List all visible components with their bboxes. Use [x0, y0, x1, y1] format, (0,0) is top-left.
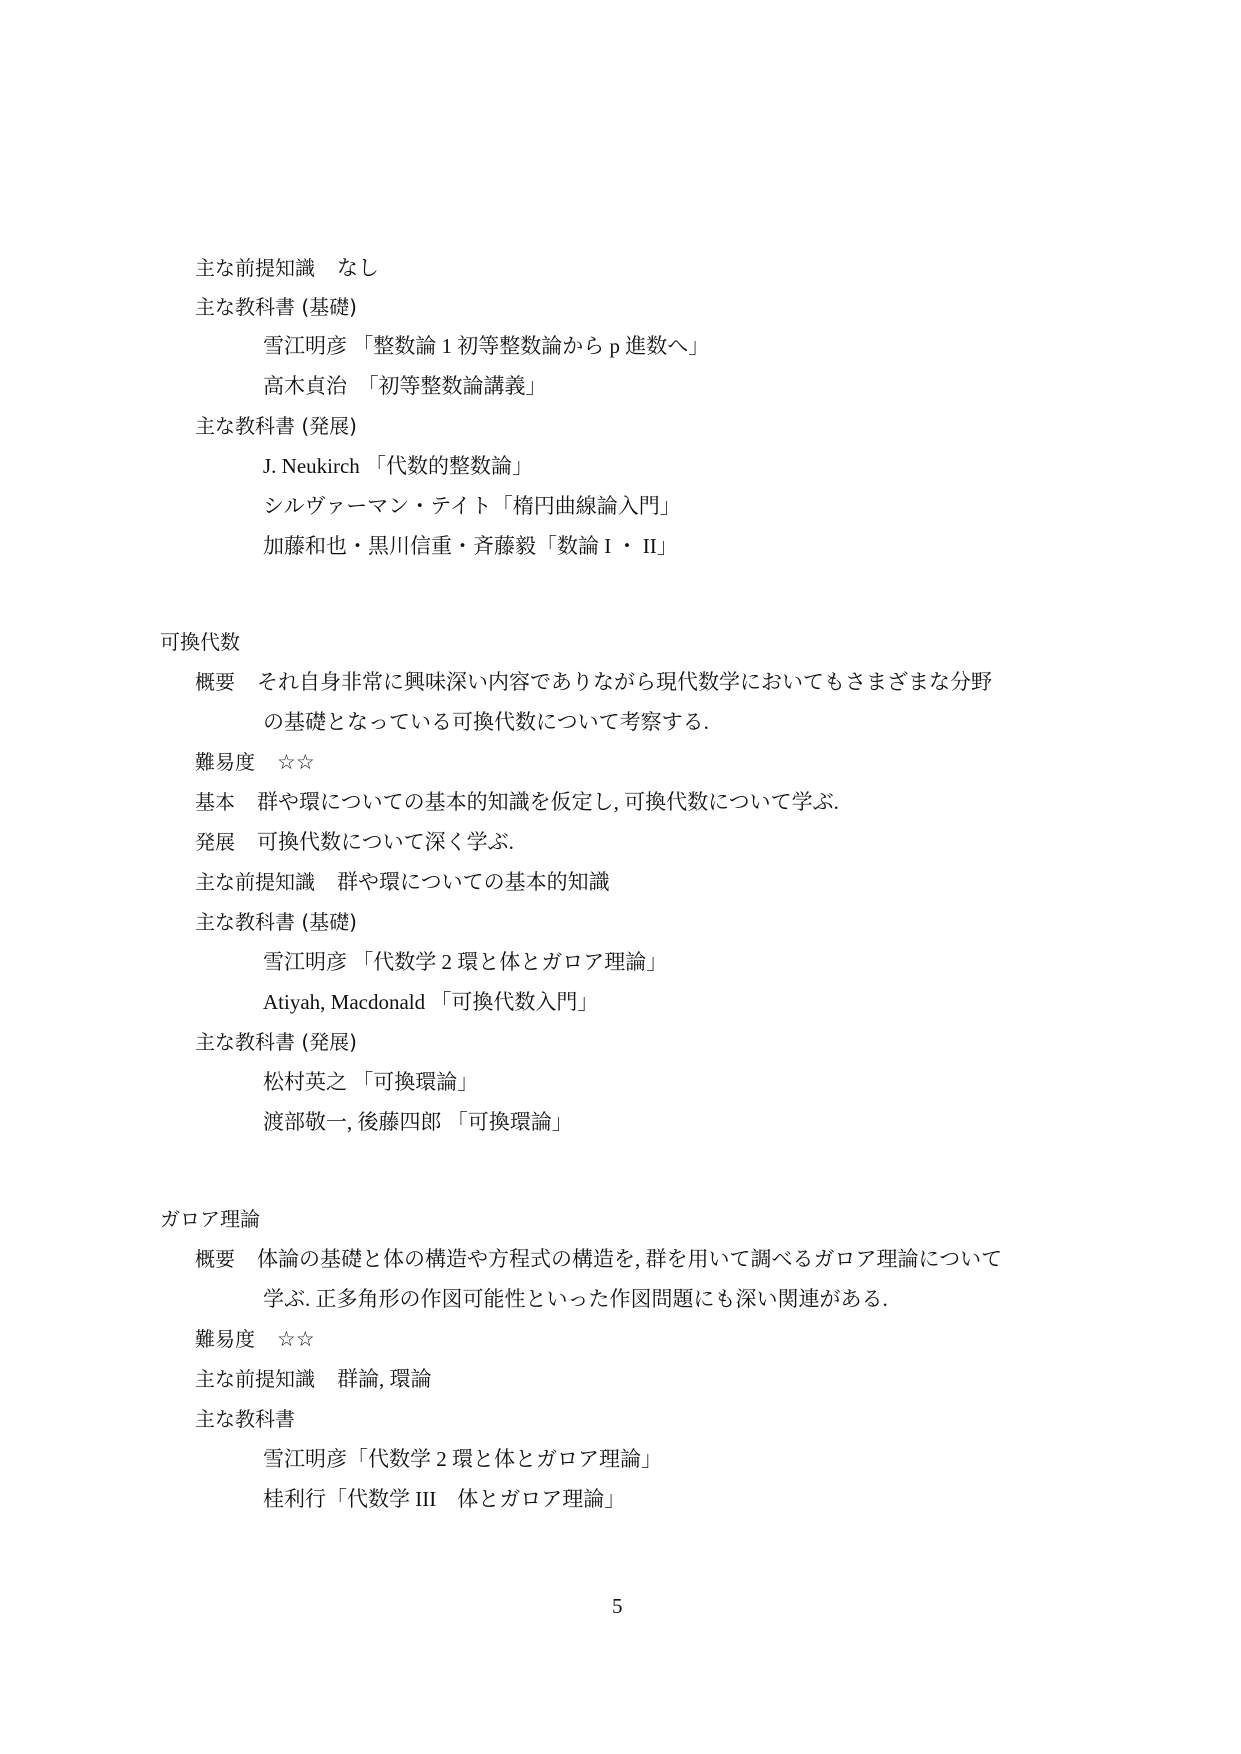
- overview-text-continued: の基礎となっている可換代数について考察する.: [263, 708, 709, 736]
- advanced-value: 可換代数について深く学ぶ.: [257, 830, 514, 854]
- textbooks-basic-label: 主な教科書 (基礎): [195, 908, 357, 936]
- overview-text: 体論の基礎と体の構造や方程式の構造を, 群を用いて調べるガロア理論について: [257, 1247, 1002, 1271]
- textbook-item: シルヴァーマン・テイト「楕円曲線論入門」: [263, 492, 681, 520]
- textbook-item: 高木貞治 「初等整数論講義」: [263, 372, 547, 400]
- star-icon: ☆☆: [277, 1327, 315, 1351]
- textbook-item: 雪江明彦「代数学 2 環と体とガロア理論」: [263, 1445, 662, 1473]
- prereq-value: 群や環についての基本的知識: [337, 870, 610, 894]
- overview-row: 概要体論の基礎と体の構造や方程式の構造を, 群を用いて調べるガロア理論について: [195, 1245, 1002, 1273]
- prereq-value: なし: [337, 256, 379, 280]
- textbook-item: J. Neukirch 「代数的整数論」: [263, 452, 533, 480]
- prereq-label: 主な前提知識: [195, 868, 315, 896]
- document-page: 主な前提知識なし 主な教科書 (基礎) 雪江明彦 「整数論 1 初等整数論から …: [0, 0, 1241, 1754]
- overview-label: 概要: [195, 668, 235, 696]
- page-number: 5: [612, 1594, 623, 1619]
- prereq-row: 主な前提知識なし: [195, 254, 379, 282]
- textbooks-advanced-label: 主な教科書 (発展): [195, 412, 357, 440]
- prereq-row: 主な前提知識群や環についての基本的知識: [195, 868, 610, 896]
- prereq-label: 主な前提知識: [195, 254, 315, 282]
- textbooks-basic-label: 主な教科書 (基礎): [195, 293, 357, 321]
- prereq-row: 主な前提知識群論, 環論: [195, 1365, 432, 1393]
- textbooks-advanced-label: 主な教科書 (発展): [195, 1028, 357, 1056]
- overview-label: 概要: [195, 1245, 235, 1273]
- section-title-galois-theory: ガロア理論: [160, 1205, 260, 1233]
- overview-text: それ自身非常に興味深い内容でありながら現代数学においてもさまざまな分野: [257, 670, 992, 694]
- textbook-item: 雪江明彦 「整数論 1 初等整数論から p 進数へ」: [263, 332, 709, 360]
- textbook-item: Atiyah, Macdonald 「可換代数入門」: [263, 988, 598, 1016]
- difficulty-label: 難易度: [195, 748, 255, 776]
- overview-row: 概要それ自身非常に興味深い内容でありながら現代数学においてもさまざまな分野: [195, 668, 992, 696]
- textbooks-label: 主な教科書: [195, 1405, 295, 1433]
- difficulty-row: 難易度☆☆: [195, 1325, 315, 1353]
- textbook-item: 加藤和也・黒川信重・斉藤毅「数論 I ・ II」: [263, 532, 678, 560]
- star-icon: ☆☆: [277, 750, 315, 774]
- overview-text-continued: 学ぶ. 正多角形の作図可能性といった作図問題にも深い関連がある.: [263, 1285, 888, 1313]
- prereq-label: 主な前提知識: [195, 1365, 315, 1393]
- section-title-commutative-algebra: 可換代数: [160, 628, 240, 656]
- textbook-item: 桂利行「代数学 III 体とガロア理論」: [263, 1485, 625, 1513]
- textbook-item: 雪江明彦 「代数学 2 環と体とガロア理論」: [263, 948, 667, 976]
- basic-label: 基本: [195, 788, 235, 816]
- basic-value: 群や環についての基本的知識を仮定し, 可換代数について学ぶ.: [257, 790, 839, 814]
- textbook-item: 渡部敬一, 後藤四郎 「可換環論」: [263, 1108, 573, 1136]
- basic-row: 基本群や環についての基本的知識を仮定し, 可換代数について学ぶ.: [195, 788, 839, 816]
- prereq-value: 群論, 環論: [337, 1367, 432, 1391]
- advanced-label: 発展: [195, 828, 235, 856]
- difficulty-row: 難易度☆☆: [195, 748, 315, 776]
- advanced-row: 発展可換代数について深く学ぶ.: [195, 828, 514, 856]
- difficulty-label: 難易度: [195, 1325, 255, 1353]
- textbook-item: 松村英之 「可換環論」: [263, 1068, 478, 1096]
